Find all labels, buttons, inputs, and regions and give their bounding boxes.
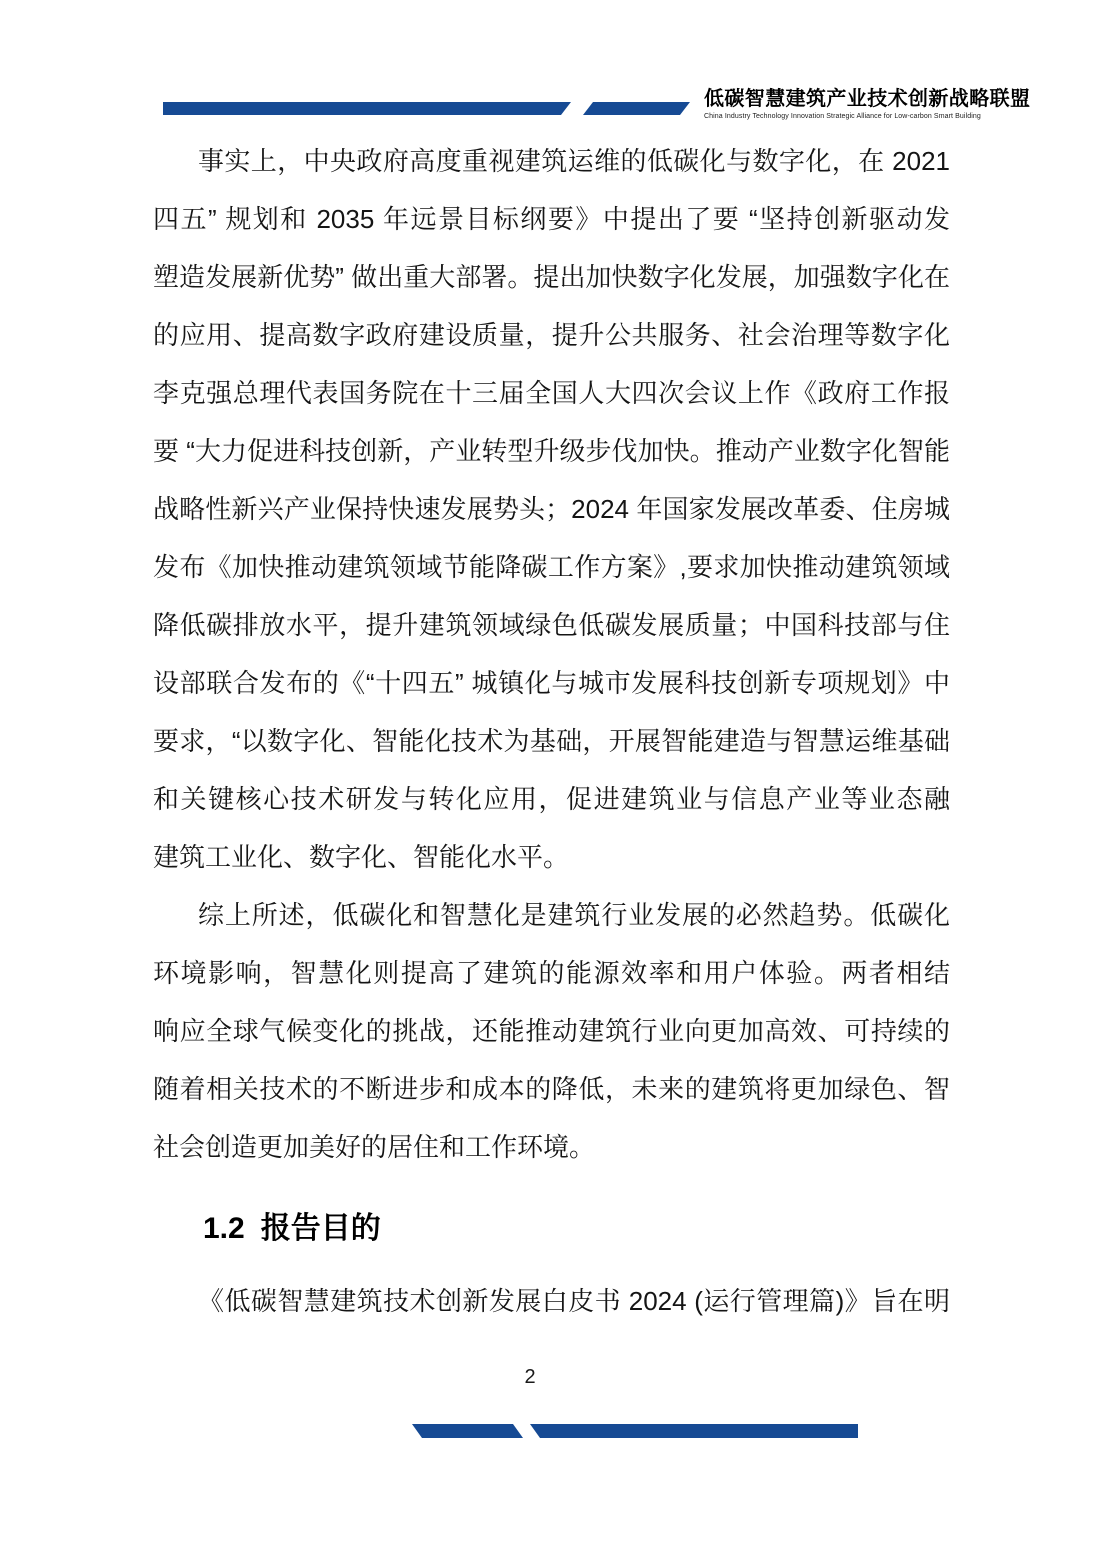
text-line: 要求，“以数字化、智能化技术为基础，开展智能建造与智慧运维基础共性技术: [153, 712, 950, 770]
footer-rule-long-bar: [530, 1424, 858, 1438]
text-line: 李克强总理代表国务院在十三届全国人大四次会议上作《政府工作报告》提出，: [153, 364, 950, 422]
text-line: 随着相关技术的不断进步和成本的降低，未来的建筑将更加绿色、智能，为人类: [153, 1060, 950, 1118]
org-name-english: China Industry Technology Innovation Str…: [704, 113, 1044, 120]
text-line: 《低碳智慧建筑技术创新发展白皮书 2024 (运行管理篇)》旨在明确阐述低: [153, 1272, 950, 1330]
text-line: 环境影响，智慧化则提高了建筑的能源效率和用户体验。两者相结合，不仅能够: [153, 944, 950, 1002]
footer-rule-short-bar: [412, 1424, 523, 1438]
text-line: 和关键核心技术研发与转化应用，促进建筑业与信息产业等业态融合，显著提高: [153, 770, 950, 828]
paragraph-report-purpose: 《低碳智慧建筑技术创新发展白皮书 2024 (运行管理篇)》旨在明确阐述低: [153, 1272, 950, 1330]
text-line: 综上所述，低碳化和智慧化是建筑行业发展的必然趋势。低碳化有助于减少: [153, 886, 950, 944]
org-logo: 低碳智慧建筑产业技术创新战略联盟 China Industry Technolo…: [704, 82, 1044, 120]
text-line: 四五” 规划和 2035 年远景目标纲要》中提出了要 “坚持创新驱动发展，全面: [153, 190, 950, 248]
header-rule-long-bar: [163, 102, 571, 115]
section-heading-number: 1.2: [203, 1212, 245, 1246]
document-page: 低碳智慧建筑产业技术创新战略联盟 China Industry Technolo…: [0, 0, 1102, 1559]
org-name-chinese: 低碳智慧建筑产业技术创新战略联盟: [704, 82, 1044, 111]
paragraph-summary: 综上所述，低碳化和智慧化是建筑行业发展的必然趋势。低碳化有助于减少环境影响，智慧…: [153, 886, 950, 1176]
text-line: 设部联合发布的《“十四五” 城镇化与城市发展科技创新专项规划》中明确提出: [153, 654, 950, 712]
section-heading: 1.2 报告目的: [203, 1203, 381, 1247]
text-line: 的应用、提高数字政府建设质量，提升公共服务、社会治理等数字化智能化水平；: [153, 306, 950, 364]
text-line: 事实上，中央政府高度重视建筑运维的低碳化与数字化，在 2021 年《 “十: [153, 132, 950, 190]
section-heading-title: 报告目的: [261, 1203, 381, 1247]
body-text-flow: 事实上，中央政府高度重视建筑运维的低碳化与数字化，在 2021 年《 “十四五”…: [153, 132, 950, 1176]
text-line: 要 “大力促进科技创新，产业转型升级步伐加快。推动产业数字化智能化改造，: [153, 422, 950, 480]
text-line: 战略性新兴产业保持快速发展势头；2024 年国家发展改革委、住房城乡建设部: [153, 480, 950, 538]
text-line: 降低碳排放水平，提升建筑领域绿色低碳发展质量；中国科技部与住房和城乡建: [153, 596, 950, 654]
paragraph-policy-context: 事实上，中央政府高度重视建筑运维的低碳化与数字化，在 2021 年《 “十四五”…: [153, 132, 950, 886]
text-line: 响应全球气候变化的挑战，还能推动建筑行业向更加高效、可持续的方向发展。: [153, 1002, 950, 1060]
page-number: 2: [0, 1366, 1060, 1389]
text-line: 社会创造更加美好的居住和工作环境。: [153, 1118, 950, 1176]
header-rule-short-bar: [583, 102, 690, 115]
text-line: 塑造发展新优势” 做出重大部署。提出加快数字化发展，加强数字化在建筑领域: [153, 248, 950, 306]
text-line: 发布《加快推动建筑领域节能降碳工作方案》,要求加快推动建筑领域节能降碳，: [153, 538, 950, 596]
text-line: 建筑工业化、数字化、智能化水平。: [153, 828, 950, 886]
